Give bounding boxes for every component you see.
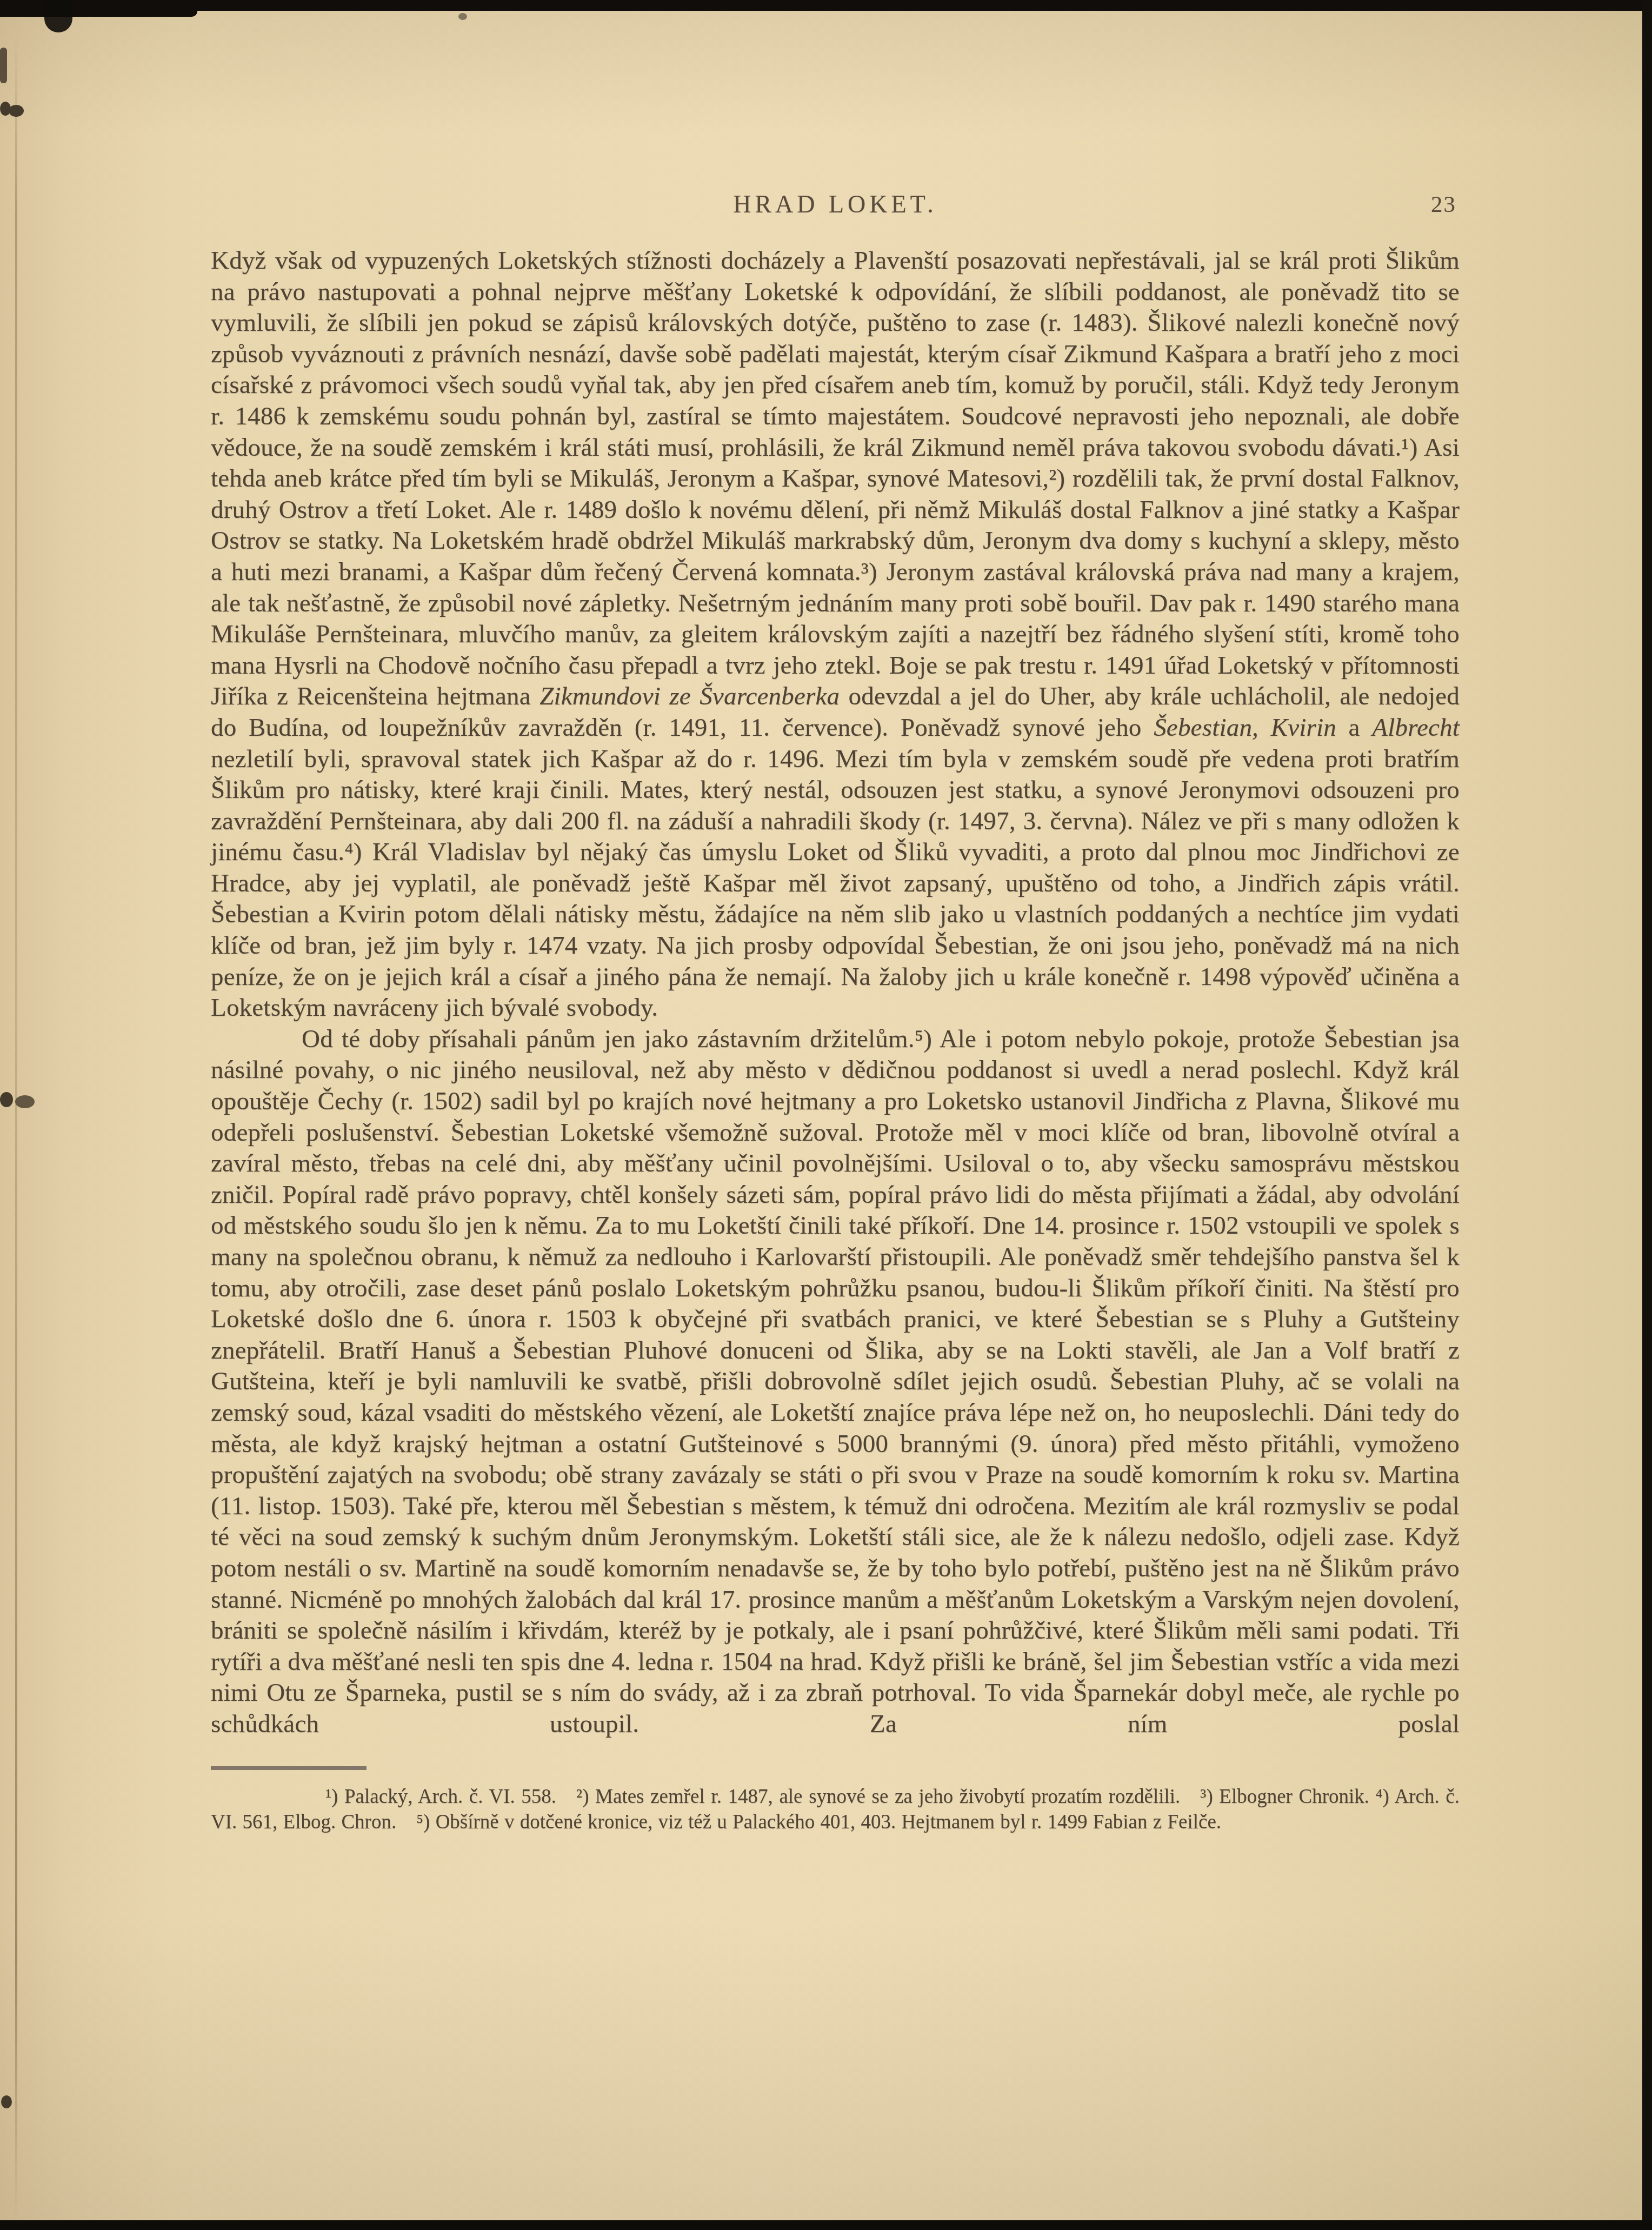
page-title: HRAD LOKET. — [211, 188, 1460, 221]
scan-border-right — [1642, 0, 1652, 2230]
body-text: Když však od vypuzených Loketských stížn… — [211, 245, 1460, 1740]
italic-text-run: Zikmundovi ze Švarcenberka — [539, 682, 840, 710]
scanned-page: HRAD LOKET. 23 Když však od vypuzených L… — [0, 0, 1652, 2230]
scan-border-top — [0, 0, 1652, 11]
ink-speck — [1, 2095, 12, 2108]
running-header: HRAD LOKET. 23 — [211, 188, 1460, 227]
text-run: nezletilí byli, spravoval statek jich Ka… — [211, 745, 1460, 1022]
scan-border-blob — [44, 0, 72, 32]
footnote-separator — [211, 1766, 367, 1770]
ink-speck — [15, 1095, 35, 1108]
page-number: 23 — [1431, 191, 1456, 218]
text-run: a — [1336, 714, 1372, 742]
scan-border-top-left — [0, 0, 197, 17]
ink-speck — [9, 105, 24, 117]
text-run: Když však od vypuzených Loketských stížn… — [211, 247, 1460, 710]
italic-text-run: Šebestian, Kvirin — [1154, 714, 1336, 742]
scan-border-bottom — [0, 2220, 1652, 2230]
ink-speck — [0, 48, 7, 83]
paragraph: Když však od vypuzených Loketských stížn… — [211, 245, 1460, 1024]
text-column: HRAD LOKET. 23 Když však od vypuzených L… — [211, 188, 1460, 1835]
text-run: Od té doby přísahali pánům jen jako zást… — [211, 1025, 1460, 1738]
italic-text-run: Albrecht — [1372, 714, 1460, 742]
paragraph: Od té doby přísahali pánům jen jako zást… — [211, 1024, 1460, 1740]
ink-speck — [0, 1092, 13, 1107]
ink-speck — [458, 13, 467, 20]
footnotes: ¹) Palacký, Arch. č. VI. 558. ²) Mates z… — [211, 1784, 1460, 1835]
binding-crease — [15, 38, 17, 2219]
